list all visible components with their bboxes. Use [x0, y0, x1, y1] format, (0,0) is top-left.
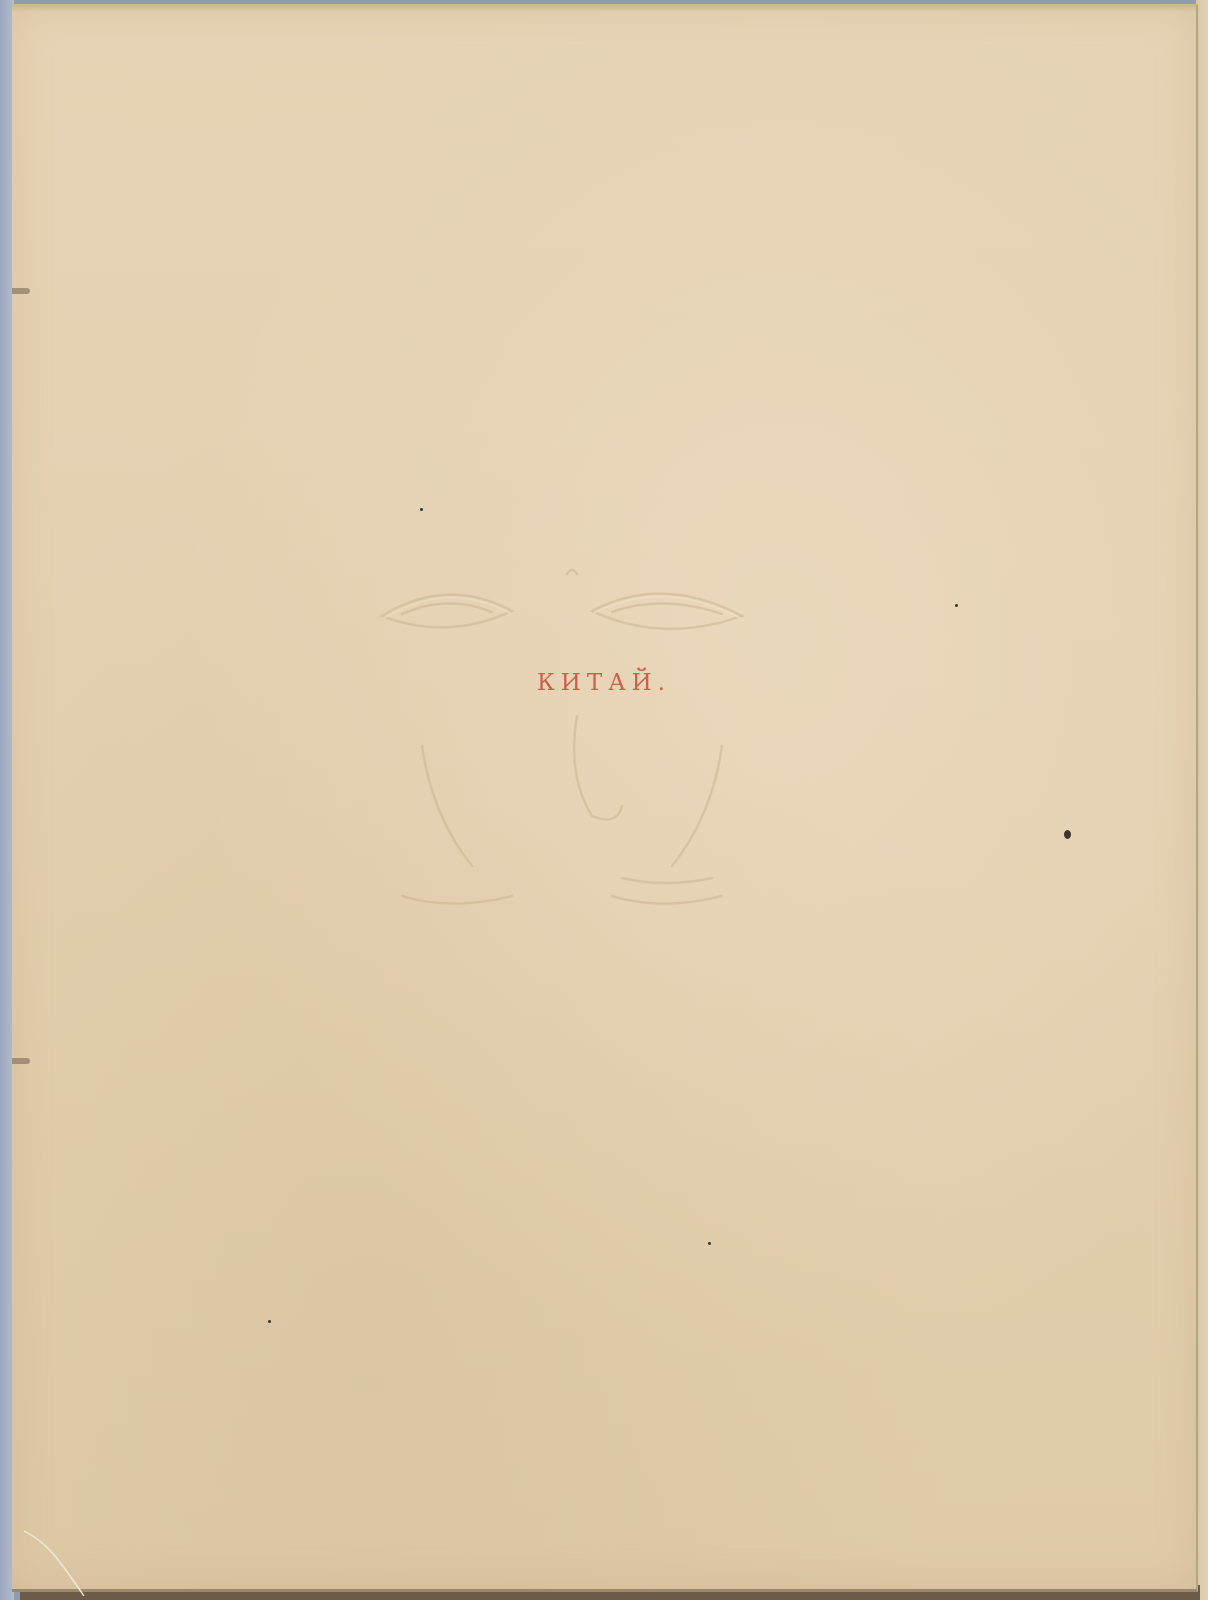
page-top-edge	[12, 6, 1196, 12]
spine-notch-icon	[12, 288, 30, 294]
paper-page: КИТАЙ.	[12, 4, 1198, 1592]
spine-notch-icon	[12, 1058, 30, 1064]
document-title: КИТАЙ.	[12, 670, 1196, 696]
paper-speck	[268, 1320, 271, 1323]
paper-speck	[708, 1242, 711, 1245]
embossed-face-icon	[362, 566, 782, 926]
title-text: КИТАЙ.	[537, 670, 671, 696]
paper-speck	[1064, 830, 1071, 839]
corner-crease-icon	[24, 1526, 94, 1596]
paper-speck	[955, 604, 958, 607]
paper-speck	[420, 508, 423, 511]
